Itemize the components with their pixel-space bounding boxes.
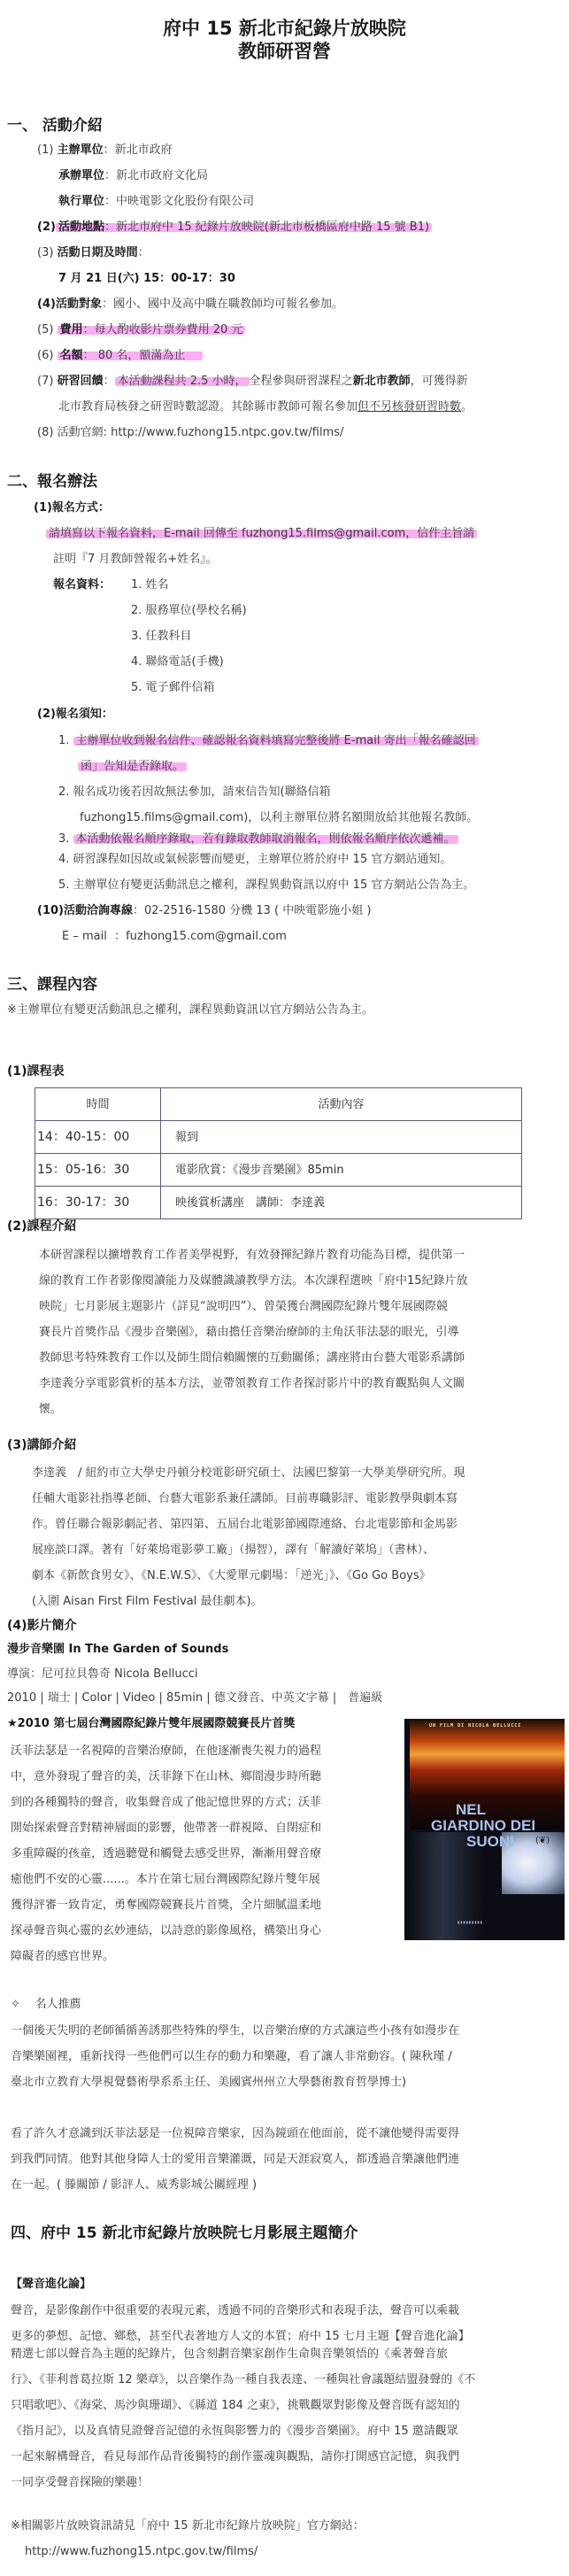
date-value: 7 月 21 日(六) 15：00-17：30 xyxy=(58,273,235,284)
schedule-table: 時間 活動內容 14：40-15：00 報到 15：05-16：30 電影欣賞：… xyxy=(35,1087,522,1219)
doc-title-line1: 府中 15 新北市紀錄片放映院 xyxy=(0,19,569,38)
audience-row: (4)活動對象：國小、國中及高中職在職教師均可報名參加。 xyxy=(37,298,343,310)
notice-1: 1. 主辦單位收到報名信件、確認報名資料填寫完整後將 E-mail 寄出「報名確… xyxy=(58,735,479,746)
film-meta: 2010 | 瑞士 | Color | Video | 85min | 德文發音… xyxy=(7,1692,382,1704)
lecturer-line: 李達義 / 紐約市立大學史丹頓分校電影研究碩士、法國巴黎第一大學美學研究所。現 xyxy=(32,1467,465,1479)
fee-num: (5) xyxy=(37,323,53,337)
recommend1-line: 臺北市立教育大學視覺藝術學系系主任、美國賓州州立大學藝術教育哲學博士) xyxy=(11,2077,406,2088)
recommend-heading: ✧ 名人推薦 xyxy=(11,1999,81,2010)
film-director: 導演：尼可拉貝魯奇 Nicola Bellucci xyxy=(7,1668,198,1680)
lecturer-label: (3)講師介紹 xyxy=(7,1439,77,1451)
theme-title: 【聲音進化論】 xyxy=(11,2278,91,2290)
schedule-time: 15：05-16：30 xyxy=(35,1154,161,1187)
venue-row: (2)活動地點：新北市府中 15 紀錄片放映院(新北市板橋區府中路 15 號 B… xyxy=(37,221,432,233)
synopsis-line: 開始探索聲音對精神層面的影響，他帶著一群視障、自閉症和 xyxy=(11,1822,321,1834)
venue-value: ：新北市府中 15 紀錄片放映院(新北市板橋區府中路 15 號 B1) xyxy=(104,220,429,234)
notice-2-line1: 報名成功後若因故無法參加，請來信告知(聯絡信箱 xyxy=(73,785,331,799)
lecturer-line: 展座談口譯。著有「好萊塢電影夢工廠」（揚智），譯有「解讀好萊塢」（書林）、 xyxy=(32,1544,434,1556)
film-title: 漫步音樂園 In The Garden of Sounds xyxy=(7,1644,228,1655)
credit-bold: 新北市教師 xyxy=(353,375,411,388)
notice-3-num: 3. xyxy=(58,832,69,846)
poster-sunset xyxy=(410,1719,565,1830)
notice-label: (2)報名須知： xyxy=(37,708,113,720)
notice-1-num: 1. xyxy=(58,734,69,747)
poster-title-line1: NEL xyxy=(456,1802,486,1817)
venue-label: 活動地點 xyxy=(58,220,104,234)
theme-line: 一同享受聲音探險的樂趣！ xyxy=(11,2477,149,2488)
notice-2-num: 2. xyxy=(58,785,69,799)
intro-line: 本研習課程以擴增教育工作者美學視野，有效發揮紀錄片教育功能為目標，提供第一 xyxy=(39,1249,465,1261)
intro-line: 映院」七月影展主題影片（詳見“說明四”）、曾榮獲台灣國際紀錄片雙年展國際競 xyxy=(39,1301,448,1312)
credit-mid: 全程參與研習課程之 xyxy=(250,375,353,388)
schedule-activity: 電影欣賞：《漫步音樂園》85min xyxy=(161,1154,522,1187)
audience-label: 活動對象 xyxy=(56,298,102,311)
synopsis-line: 到的各種獨特的聲音，收集聲音成了他記憶世界的方式；沃菲 xyxy=(11,1797,321,1808)
notice-2-line2: fuzhong15.films@gmail.com)，以利主辦單位將名額開放給其… xyxy=(80,812,478,824)
executor-label: 執行單位 xyxy=(58,195,104,208)
credit-num: (7) xyxy=(37,375,53,388)
synopsis-line: 癒他們不安的心靈......。本片在第七屆台灣國際紀錄片雙年展 xyxy=(11,1874,320,1885)
section2-heading: 二、報名辦法 xyxy=(7,475,97,490)
recommend2-line: 到我們同情。他對其他身障人士的愛用音樂灌溉，同是天涯寂寞人，都透過音樂讓他們連 xyxy=(11,2154,459,2165)
organizer-value: ：新北市政府 xyxy=(104,143,173,157)
theme-line: 聲音，是影像創作中很重要的表現元素，透過不同的音樂形式和表現手法，聲音可以乘載 xyxy=(11,2305,459,2317)
method-line1-text: 請填寫以下報名資料，E-mail 回傳至 fuzhong15.films@gma… xyxy=(46,527,477,540)
contact-label: (10)活動洽詢專線 xyxy=(37,904,133,917)
fee-row: (5) 費用：每人酌收影片票券費用 20 元 xyxy=(37,324,245,336)
lecturer-line: (入圍 Aisan First Film Festival 最佳劇本)。 xyxy=(32,1596,263,1607)
credit-row: (7) 研習回饋：本活動課程共 2.5 小時，全程參與研習課程之新北市教師，可獲… xyxy=(37,375,468,387)
intro-line: 李達義分享電影賞析的基本方法，並帶領教育工作者探討影片中的教育觀點與人文關 xyxy=(39,1378,465,1389)
form-field-1: 1. 姓名 xyxy=(131,579,169,591)
co-organizer-label: 承辦單位 xyxy=(58,169,104,182)
section4-heading: 四、府中 15 新北市紀錄片放映院七月影展主題簡介 xyxy=(11,2226,358,2241)
form-field-4: 4. 聯絡電話(手機) xyxy=(131,656,224,668)
section3-note: ※主辦單位有變更活動訊息之權利，課程異動資訊以官方網站公告為主。 xyxy=(7,1004,373,1016)
credit-end: ，可獲得新 xyxy=(411,375,468,388)
date-num: (3) xyxy=(37,246,53,259)
lecturer-line: 作。曾任聯合報影劇記者、第四第、五屆台北電影節國際連絡、台北電影節和金馬影 xyxy=(32,1519,458,1530)
lecturer-line: 任輔大電影社指導老師、台藝大電影系兼任講師。目前專職影評、電影教學與劇本寫 xyxy=(32,1493,458,1505)
form-label: 報名資料： xyxy=(53,579,111,591)
laurel-icon: (❦) xyxy=(535,1837,550,1845)
schedule-row: 15：05-16：30 電影欣賞：《漫步音樂園》85min xyxy=(35,1154,522,1187)
email-row: E – mail ：fuzhong15.com@gmail.com xyxy=(62,931,287,942)
notice-4: 4. 研習課程如因故或氣候影響而變更，主辦單位將於府中 15 官方網站通知。 xyxy=(58,854,451,865)
contact-row: (10)活動洽詢專線：02-2516-1580 分機 13 ( 中映電影施小姐 … xyxy=(37,905,371,917)
date-label: 活動日期及時間 xyxy=(58,246,138,259)
executor-row: 執行單位：中映電影文化股份有限公司 xyxy=(58,196,254,207)
theme-line: 只唱歌吧》、《海棠、馬沙與珊瑚》、《縣道 184 之東》，挑戰觀眾對影像及聲音既… xyxy=(11,2400,460,2411)
intro-line: 教師思考特殊教育工作以及師生間信賴關懷的互動關係；講座將由台藝大電影系講師 xyxy=(39,1352,465,1364)
contact-value: ：02-2516-1580 分機 13 ( 中映電影施小姐 ) xyxy=(133,904,371,917)
poster-small-text: ▮▮▮▮▮▮▮▮▮ xyxy=(458,1921,483,1924)
synopsis-line: 獲得評審一致肯定，勇奪國際競賽長片首獎，全片細膩溫柔地 xyxy=(11,1899,321,1911)
email-label: E – mail xyxy=(62,930,107,943)
notice-1-line1: 主辦單位收到報名信件、確認報名資料填寫完整後將 E-mail 寄出「報名確認回 xyxy=(73,734,479,747)
executor-value: ：中映電影文化股份有限公司 xyxy=(104,195,254,208)
film-label: (4)影片簡介 xyxy=(7,1620,77,1632)
section1-heading: 一、 活動介紹 xyxy=(7,119,103,134)
schedule-row: 16：30-17：30 映後賞析講座 講師：李達義 xyxy=(35,1187,522,1219)
intro-line: 懷。 xyxy=(39,1404,62,1415)
credit-colon: ： xyxy=(104,375,115,388)
film-award: ★2010 第七屆台灣國際紀錄片雙年展國際競賽長片首獎 xyxy=(7,1718,295,1729)
synopsis-line: 沃菲法瑟是一名視障的音樂治療師，在他逐漸喪失視力的過程 xyxy=(11,1745,321,1757)
date-colon: ： xyxy=(138,246,150,259)
section3-heading: 三、課程內容 xyxy=(7,978,97,993)
schedule-header-time: 時間 xyxy=(35,1088,161,1121)
synopsis-line: 障礙者的感官世界。 xyxy=(11,1951,114,1962)
schedule-label: (1)課程表 xyxy=(7,1065,65,1078)
notice-1-line2-wrap: 函」告知是否錄取。 xyxy=(78,761,187,772)
notice-3: 3. 本活動依報名順序錄取，若有錄取教師取消報名，則依報名順序依次遞補。 xyxy=(58,833,458,845)
footer-note: ※相關影片放映資訊請見「府中 15 新北市紀錄片放映院」官方網站： xyxy=(11,2520,365,2532)
notice-2: 2. 報名成功後若因故無法參加，請來信告知(聯絡信箱 xyxy=(58,786,331,798)
method-label: (1)報名方式： xyxy=(34,502,110,514)
intro-line: 賽長片首獎作品《漫步音樂園》，藉由擔任音樂治療師的主角沃菲法瑟的眼光，引導 xyxy=(39,1327,459,1338)
recommend1-line: 音樂樂園裡，重新找得一些他們可以生存的動力和樂趣，看了讓人非常動容。( 陳秋瑾 … xyxy=(11,2051,452,2062)
schedule-row: 14：40-15：00 報到 xyxy=(35,1121,522,1154)
schedule-activity: 報到 xyxy=(161,1121,522,1154)
website-link[interactable]: http://www.fuzhong15.ntpc.gov.tw/films/ xyxy=(111,426,343,439)
synopsis-line: 多重障礙的孩童，透過聽覺和觸覺去感受世界，漸漸用聲音療 xyxy=(11,1848,321,1860)
quota-label: 名額 xyxy=(60,349,83,362)
email-value[interactable]: ：fuzhong15.com@gmail.com xyxy=(114,930,287,943)
schedule-time: 16：30-17：30 xyxy=(35,1187,161,1219)
fee-label: 費用 xyxy=(60,323,83,337)
fee-value: ：每人酌收影片票券費用 20 元 xyxy=(83,323,243,337)
organizer-num: (1) xyxy=(37,143,53,157)
poster-title-line2: GIARDINO DEI xyxy=(431,1818,535,1833)
recommend2-line: 看了許久才意識到沃菲法瑟是一位視障音樂家，因為鏡頭在他面前，從不讓他變得需要得 xyxy=(11,2128,459,2139)
intro-label: (2)課程介紹 xyxy=(7,1220,77,1233)
notice-3-line1: 本活動依報名順序錄取，若有錄取教師取消報名，則依報名順序依次遞補。 xyxy=(73,832,458,846)
credit-label: 研習回饋 xyxy=(58,375,104,388)
footer-url-link[interactable]: http://www.fuzhong15.ntpc.gov.tw/films/ xyxy=(25,2546,258,2557)
method-line1: 請填寫以下報名資料，E-mail 回傳至 fuzhong15.films@gma… xyxy=(46,528,477,539)
schedule-header-row: 時間 活動內容 xyxy=(35,1088,522,1121)
form-field-2: 2. 服務單位(學校名稱) xyxy=(131,605,247,616)
schedule-header-activity: 活動內容 xyxy=(161,1088,522,1121)
audience-value: ：國小、國中及高中職在職教師均可報名參加。 xyxy=(102,298,343,311)
recommend-label: 名人推薦 xyxy=(35,1998,81,2011)
credit-highlight: 本活動課程共 2.5 小時， xyxy=(115,375,250,388)
recommend1-line: 一個後天失明的老師循循善誘那些特殊的學生，以音樂治療的方式讓這些小孩有如漫步在 xyxy=(11,2025,459,2037)
credit-line2-end: 。 xyxy=(461,400,473,414)
notice-5: 5. 主辦單位有變更活動訊息之權利，課程異動資訊以府中 15 官方網站公告為主。 xyxy=(58,879,474,891)
lecturer-line: 劇本《新飲食男女》、《N.E.W.S》、《大愛單元劇場：「逆光」》、《Go Go… xyxy=(32,1570,431,1582)
poster-title-line3: SUONI xyxy=(466,1834,514,1849)
notice-1-line2: 函」告知是否錄取。 xyxy=(78,760,187,773)
quota-row: (6) 名額： 80 名，額滿為止 xyxy=(37,350,203,361)
theme-line: 《指月記》，以及真情見證聲音記憶的永恆與影響力的《漫步音樂園》。府中 15 邀請… xyxy=(11,2425,458,2437)
form-field-3: 3. 任教科目 xyxy=(131,630,192,642)
credit-line2-underlined: 但不另核發研習時數 xyxy=(358,400,461,414)
synopsis-line: 中，意外發現了聲音的美，沃菲錄下在山林、鄉間漫步時所聽 xyxy=(11,1771,321,1783)
form-field-5: 5. 電子郵件信箱 xyxy=(131,682,215,693)
film-poster-image: UN FILM DI NICOLA BELLUCCI NEL GIARDINO … xyxy=(404,1719,565,1940)
website-num: (8) xyxy=(37,426,53,439)
method-line2: 註明『7 月教師營報名+姓名』。 xyxy=(53,553,218,565)
date-row: (3) 活動日期及時間： xyxy=(37,247,150,259)
theme-line: 行》、《菲利普葛拉斯 12 樂章》，以音樂作為一種自我表達、一種與社會議題結盟發… xyxy=(11,2374,475,2386)
synopsis-line: 探尋聲音與心靈的玄妙連結，以詩意的影像風格，構築出身心 xyxy=(11,1925,321,1937)
credit-line2: 北市教育局核發之研習時數認證。其餘縣市教師可報名參加但不另核發研習時數。 xyxy=(58,401,473,413)
organizer-label: 主辦單位 xyxy=(58,143,104,157)
co-organizer-value: ：新北市政府文化局 xyxy=(104,169,208,182)
website-label: 活動官網: xyxy=(58,426,107,439)
quota-value: ： 80 名，額滿為止 xyxy=(83,349,186,362)
recommend2-line: 在一起。( 滕關節 / 影評人、威秀影城公關經理 ) xyxy=(11,2179,257,2191)
doc-title-line2: 教師研習營 xyxy=(0,43,569,61)
organizer-row: (1) 主辦單位：新北市政府 xyxy=(37,144,173,156)
venue-num: (2) xyxy=(37,220,56,234)
website-row: (8) 活動官網: http://www.fuzhong15.ntpc.gov.… xyxy=(37,427,343,438)
credit-line2-a: 北市教育局核發之研習時數認證。其餘縣市教師可報名參加 xyxy=(58,400,358,414)
schedule-activity: 映後賞析講座 講師：李達義 xyxy=(161,1187,522,1219)
quota-num: (6) xyxy=(37,349,53,362)
audience-num: (4) xyxy=(37,298,56,311)
theme-line: 更多的夢想、記憶、鄉愁，甚至代表著地方人文的本質；府中 15 七月主題【聲音進化… xyxy=(11,2331,470,2342)
poster-credit: UN FILM DI NICOLA BELLUCCI xyxy=(429,1724,521,1729)
intro-line: 線的教育工作者影像閱讀能力及媒體識讀教學方法。本次課程選映「府中15紀錄片放 xyxy=(39,1275,468,1287)
co-organizer-row: 承辦單位：新北市政府文化局 xyxy=(58,170,208,182)
schedule-time: 14：40-15：00 xyxy=(35,1121,161,1154)
diamond-bullet-icon: ✧ xyxy=(11,1998,20,2011)
theme-line: 一起來解構聲音，看見每部作品背後獨特的創作靈魂與觀點，請你打開感官記憶，與我們 xyxy=(11,2451,459,2463)
theme-line: 精選七部以聲音為主題的紀錄片，包含刻劃音樂家創作生命與音樂領悟的《乘著聲音旅 xyxy=(11,2348,448,2360)
